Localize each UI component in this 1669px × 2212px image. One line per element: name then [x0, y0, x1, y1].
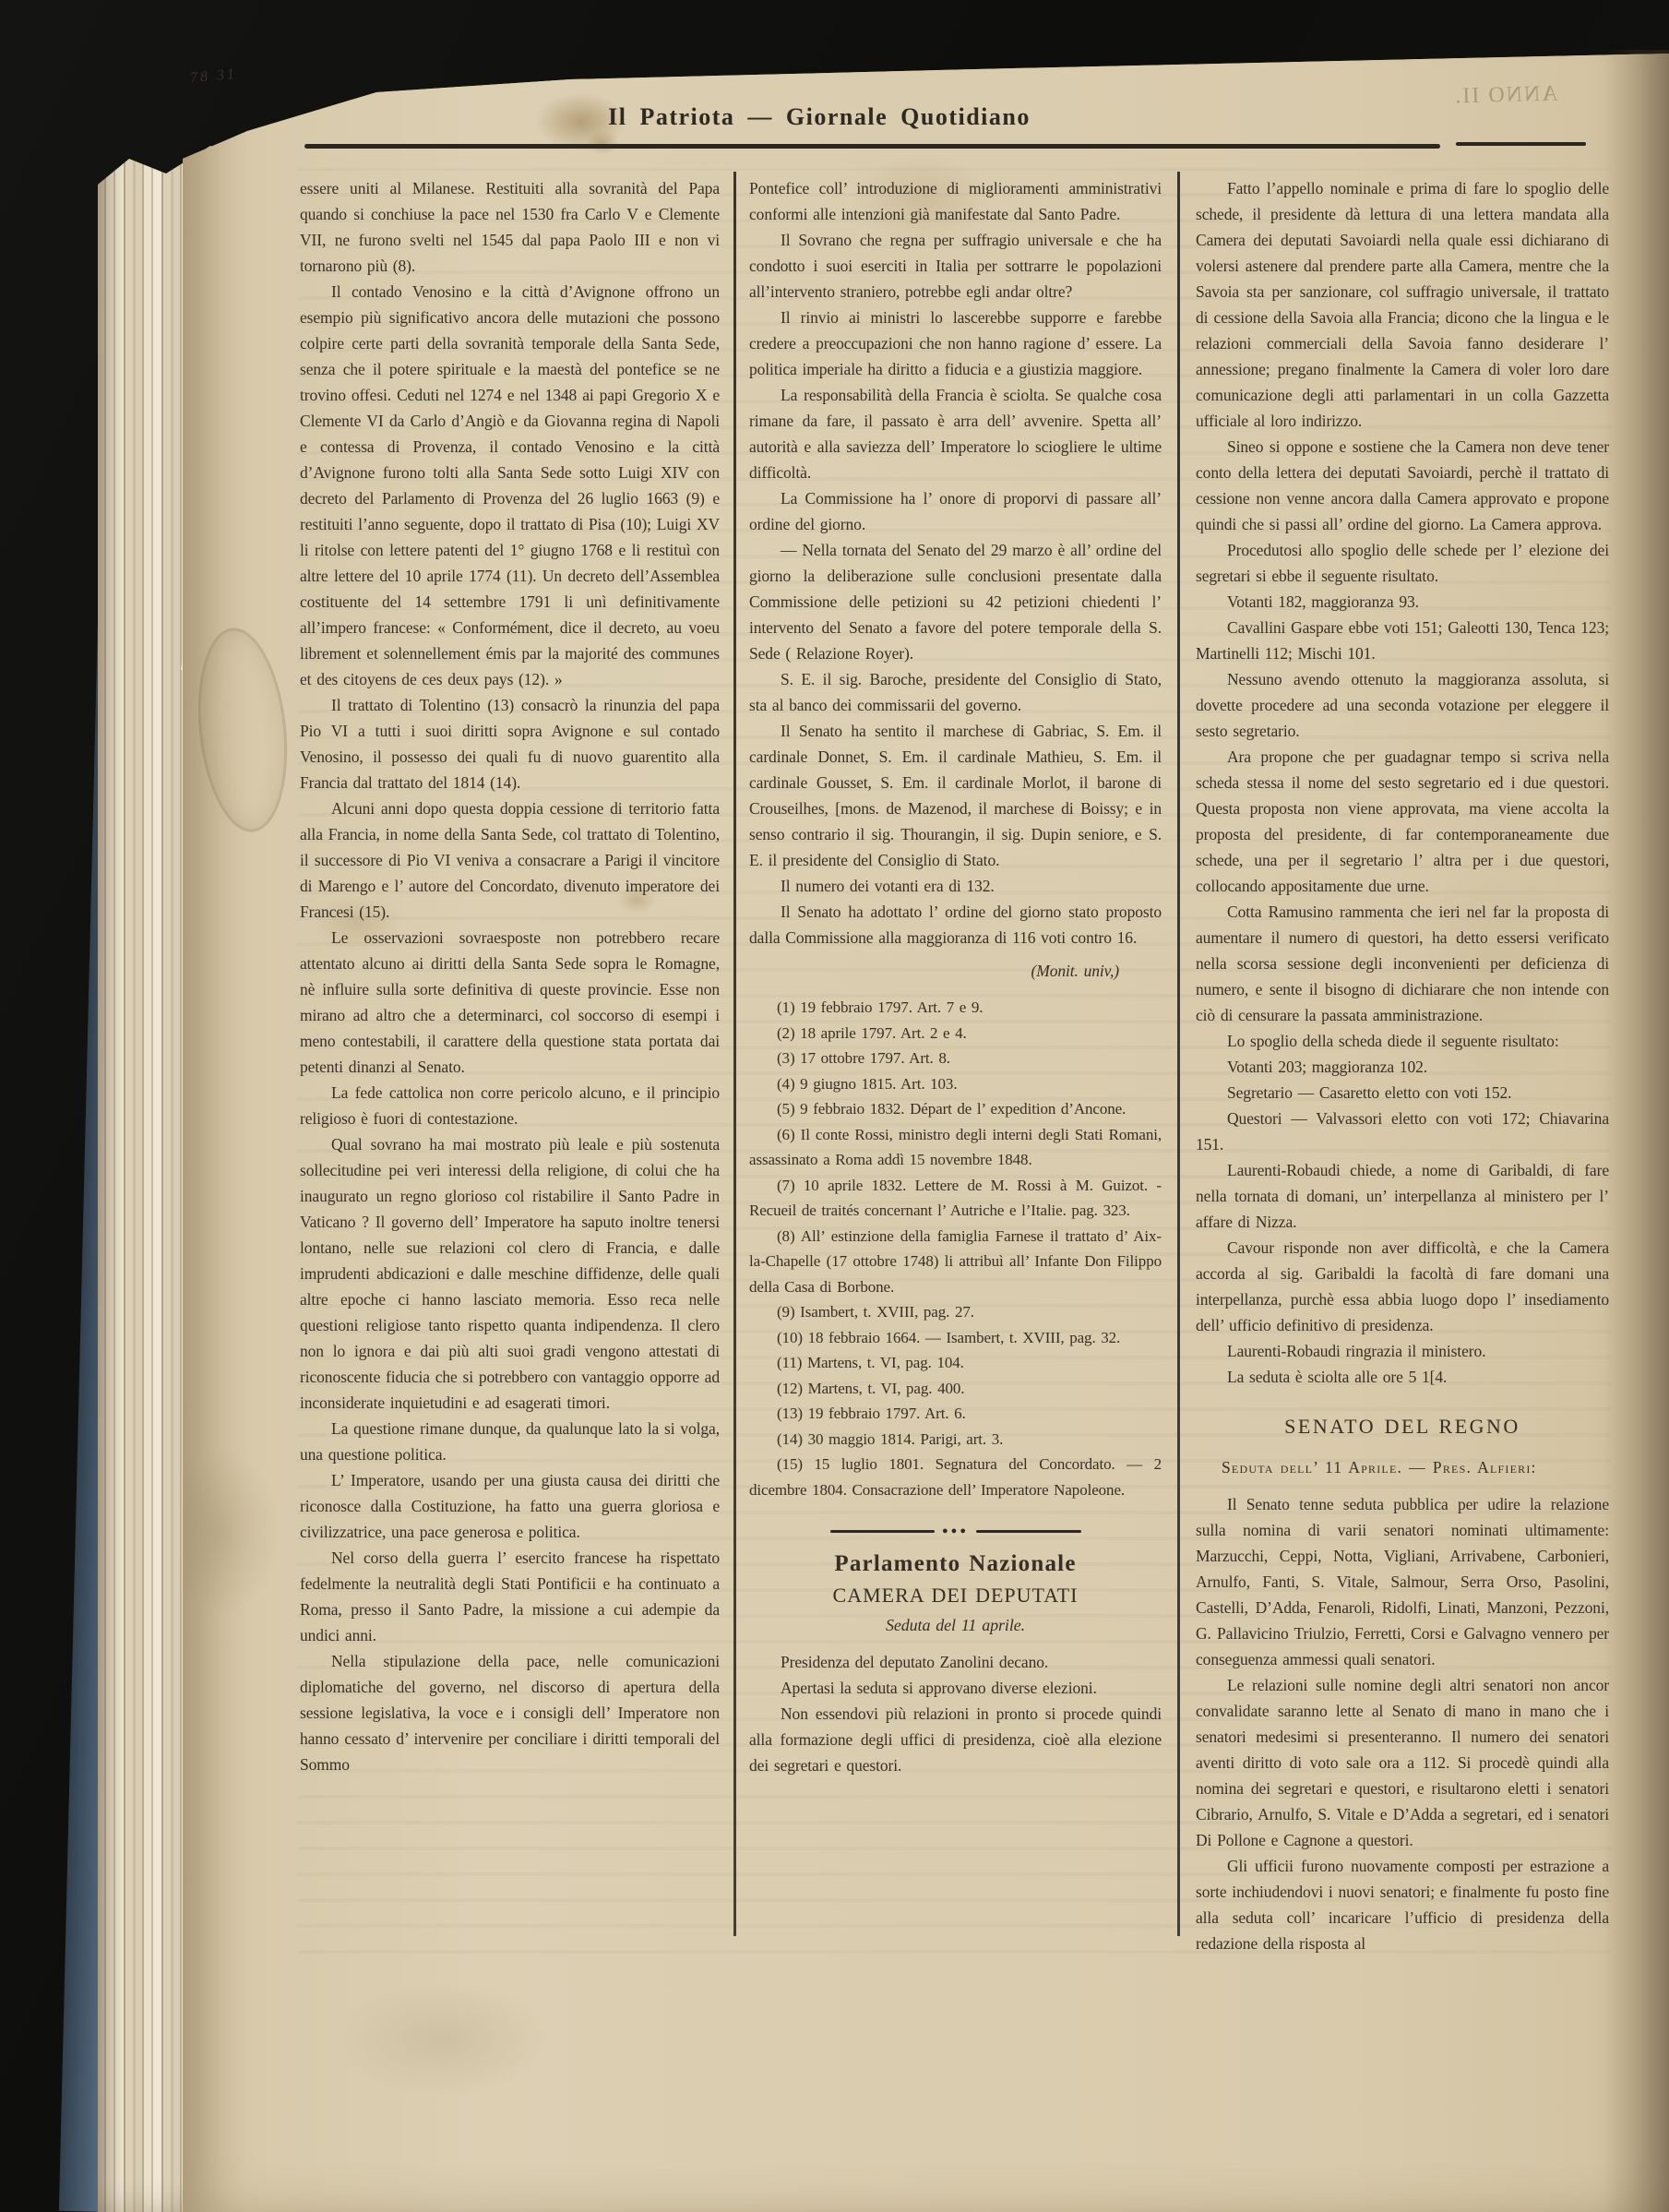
footnote: (4) 9 giugno 1815. Art. 103. — [749, 1071, 1162, 1097]
column-1: essere uniti al Milanese. Restituiti all… — [300, 175, 720, 1777]
paragraph: La seduta è sciolta alle ore 5 1[4. — [1196, 1364, 1609, 1390]
paragraph: Il trattato di Tolentino (13) consacrò l… — [300, 692, 720, 795]
paragraph: Le osservazioni sovraesposte non potrebb… — [300, 925, 720, 1080]
section-heading: SENATO DEL REGNO — [1196, 1414, 1609, 1440]
divider-line — [830, 1530, 936, 1533]
paragraph: Cavour risponde non aver difficoltà, e c… — [1196, 1235, 1609, 1338]
session-date-heading: Seduta del 11 aprile. — [749, 1612, 1162, 1638]
paragraph: Qual sovrano ha mai mostrato più leale e… — [300, 1131, 720, 1416]
show-through-text: ANNO II. — [1413, 80, 1599, 110]
paragraph: Le relazioni sulle nomine degli altri se… — [1196, 1672, 1609, 1853]
paragraph: Il rinvio ai ministri lo lascerebbe supp… — [749, 305, 1162, 382]
newspaper-scan-photo: 78 31 ANNO II. Il Patriota — Giornale Qu… — [0, 0, 1669, 2212]
paragraph: La fede cattolica non corre pericolo alc… — [300, 1080, 720, 1131]
divider-dots-icon: ●●● — [942, 1526, 969, 1536]
paragraph: Alcuni anni dopo questa doppia cessione … — [300, 795, 720, 925]
masthead-title: Il Patriota — Giornale Quotidiano — [297, 103, 1341, 131]
footnote: (14) 30 maggio 1814. Parigi, art. 3. — [749, 1427, 1162, 1453]
paragraph: Segretario — Casaretto eletto con voti 1… — [1196, 1080, 1609, 1106]
footnote: (7) 10 aprile 1832. Lettere de M. Rossi … — [749, 1173, 1162, 1224]
paragraph: Questori — Valvassori eletto con voti 17… — [1196, 1106, 1609, 1157]
paragraph: Apertasi la seduta si approvano diverse … — [749, 1675, 1162, 1701]
paragraph: Lo spoglio della scheda diede il seguent… — [1196, 1028, 1609, 1054]
source-attribution: (Monit. univ,) — [749, 958, 1162, 984]
paragraph: Procedutosi allo spoglio delle schede pe… — [1196, 537, 1609, 589]
paragraph: Cotta Ramusino rammenta che ieri nel far… — [1196, 899, 1609, 1028]
footnote: (6) Il conte Rossi, ministro degli inter… — [749, 1122, 1162, 1173]
paragraph: L’ Imperatore, usando per una giusta cau… — [300, 1467, 720, 1545]
paragraph: Il Senato ha adottato l’ ordine del gior… — [749, 899, 1162, 951]
paragraph: Laurenti-Robaudi chiede, a nome di Garib… — [1196, 1157, 1609, 1235]
footnote: (10) 18 febbraio 1664. — Isambert, t. XV… — [749, 1325, 1162, 1351]
paragraph: Il Senato ha sentito il marchese di Gabr… — [749, 718, 1162, 873]
paragraph: Presidenza del deputato Zanolini decano. — [749, 1649, 1162, 1675]
paragraph-continuation: essere uniti al Milanese. Restituiti all… — [300, 175, 720, 279]
session-presider-line: Seduta dell’ 11 Aprile. — Pres. Alfieri: — [1196, 1454, 1609, 1480]
paragraph: Votanti 182, maggioranza 93. — [1196, 589, 1609, 615]
paragraph: Non essendovi più relazioni in pronto si… — [749, 1701, 1162, 1778]
footnote: (3) 17 ottobre 1797. Art. 8. — [749, 1046, 1162, 1071]
paragraph: — Nella tornata del Senato del 29 marzo … — [749, 537, 1162, 666]
paragraph: La questione rimane dunque, da qualunque… — [300, 1416, 720, 1467]
footnote: (2) 18 aprile 1797. Art. 2 e 4. — [749, 1021, 1162, 1046]
footnote: (5) 9 febbraio 1832. Départ de l’ expedi… — [749, 1096, 1162, 1122]
footnote: (12) Martens, t. VI, pag. 400. — [749, 1376, 1162, 1402]
column-rule-1 — [733, 172, 736, 1936]
column-rule-2 — [1177, 172, 1180, 1936]
footnote: (13) 19 febbraio 1797. Art. 6. — [749, 1401, 1162, 1427]
paragraph: La Commissione ha l’ onore di proporvi d… — [749, 485, 1162, 537]
gutter-shadow — [1603, 50, 1669, 2212]
header-rule-left — [304, 144, 1440, 149]
column-2: Pontefice coll’ introduzione di migliora… — [749, 175, 1162, 1778]
paragraph: S. E. il sig. Baroche, presidente del Co… — [749, 666, 1162, 718]
paragraph-continuation: Pontefice coll’ introduzione di migliora… — [749, 175, 1162, 227]
paragraph: La responsabilità della Francia è sciolt… — [749, 382, 1162, 485]
paragraph: Fatto l’appello nominale e prima di fare… — [1196, 175, 1609, 434]
footnote: (1) 19 febbraio 1797. Art. 7 e 9. — [749, 995, 1162, 1021]
footnote: (15) 15 luglio 1801. Segnatura del Conco… — [749, 1452, 1162, 1502]
paragraph: Il Sovrano che regna per suffragio unive… — [749, 227, 1162, 305]
header-rule-right — [1456, 142, 1586, 146]
divider-ornament: ●●● — [830, 1526, 1081, 1536]
paragraph: Il numero dei votanti era di 132. — [749, 873, 1162, 899]
paragraph: Nessuno avendo ottenuto la maggioranza a… — [1196, 666, 1609, 744]
subsection-heading: CAMERA DEI DEPUTATI — [749, 1583, 1162, 1608]
column-3: Fatto l’appello nominale e prima di fare… — [1196, 175, 1609, 1956]
paragraph: Il Senato tenne seduta pubblica per udir… — [1196, 1491, 1609, 1672]
section-heading: Parlamento Nazionale — [749, 1551, 1162, 1577]
paragraph: Nella stipulazione della pace, nelle com… — [300, 1648, 720, 1777]
paragraph: Cavallini Gaspare ebbe voti 151; Galeott… — [1196, 615, 1609, 666]
paragraph: Il contado Venosino e la città d’Avignon… — [300, 279, 720, 692]
footnote: (11) Martens, t. VI, pag. 104. — [749, 1350, 1162, 1376]
paragraph: Gli ufficii furono nuovamente composti p… — [1196, 1853, 1609, 1956]
paragraph: Nel corso della guerra l’ esercito franc… — [300, 1545, 720, 1648]
paragraph: Laurenti-Robaudi ringrazia il ministero. — [1196, 1338, 1609, 1364]
footnote: (8) All’ estinzione della famiglia Farne… — [749, 1224, 1162, 1300]
pencil-marks: 78 31 — [189, 66, 237, 87]
paragraph: Votanti 203; maggioranza 102. — [1196, 1054, 1609, 1080]
paragraph: Sineo si oppone e sostiene che la Camera… — [1196, 434, 1609, 537]
divider-line — [976, 1530, 1081, 1533]
paragraph: Ara propone che per guadagnar tempo si s… — [1196, 744, 1609, 899]
footnote: (9) Isambert, t. XVIII, pag. 27. — [749, 1299, 1162, 1325]
